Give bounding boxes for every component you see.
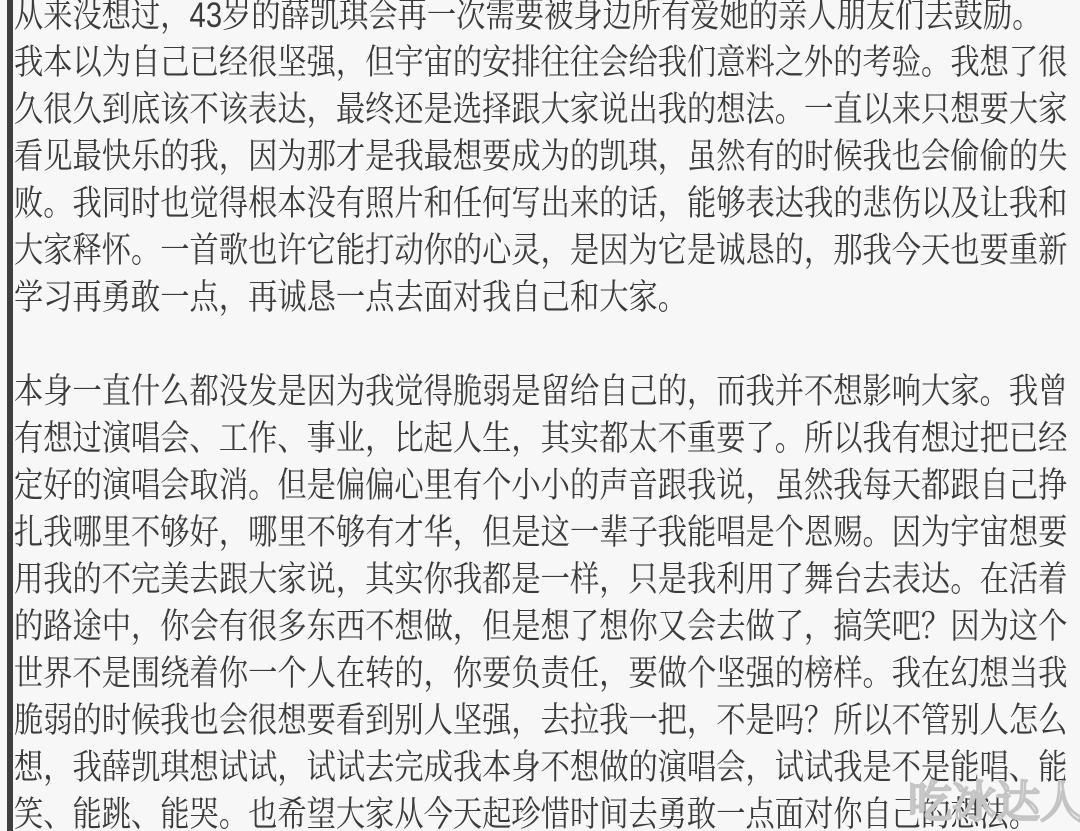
text-line: 有想过演唱会、工作、事业，比起人生，其实都太不重要了。所以我有想过把已经 (14, 415, 1080, 462)
text-line: 我本以为自己已经很坚强，但宇宙的安排往往会给我们意料之外的考验。我想了很 (14, 39, 1080, 86)
text-line: 学习再勇敢一点，再诚恳一点去面对我自己和大家。 (14, 274, 1080, 321)
text-line: 用我的不完美去跟大家说，其实你我都是一样，只是我利用了舞台去表达。在活着 (14, 556, 1080, 603)
text-line: 从来没想过，43岁的薛凯琪会再一次需要被身边所有爱她的亲人朋友们去鼓励。 (14, 0, 1080, 39)
text-line: 世界不是围绕着你一个人在转的，你要负责任，要做个坚强的榜样。我在幻想当我 (14, 650, 1080, 697)
article-text: 从来没想过，43岁的薛凯琪会再一次需要被身边所有爱她的亲人朋友们去鼓励。 我本以… (14, 0, 1080, 831)
text-line: 看见最快乐的我，因为那才是我最想要成为的凯琪，虽然有的时候我也会偷偷的失 (14, 133, 1080, 180)
paragraph-1: 从来没想过，43岁的薛凯琪会再一次需要被身边所有爱她的亲人朋友们去鼓励。 我本以… (14, 0, 1080, 321)
left-border-bar (7, 0, 13, 831)
text-line: 败。我同时也觉得根本没有照片和任何写出来的话，能够表达我的悲伤以及让我和 (14, 180, 1080, 227)
paragraph-2: 本身一直什么都没发是因为我觉得脆弱是留给自己的，而我并不想影响大家。我曾 有想过… (14, 368, 1080, 831)
text-line: 定好的演唱会取消。但是偏偏心里有个小小的声音跟我说，虽然我每天都跟自己挣 (14, 462, 1080, 509)
text-line: 大家释怀。一首歌也许它能打动你的心灵，是因为它是诚恳的，那我今天也要重新 (14, 227, 1080, 274)
text-line: 扎我哪里不够好，哪里不够有才华，但是这一辈子我能唱是个恩赐。因为宇宙想要 (14, 509, 1080, 556)
text-line: 本身一直什么都没发是因为我觉得脆弱是留给自己的，而我并不想影响大家。我曾 (14, 368, 1080, 415)
watermark-label: 吃冰达人 (908, 766, 1080, 830)
text-line: 脆弱的时候我也会很想要看到别人坚强，去拉我一把，不是吗？所以不管别人怎么 (14, 697, 1080, 744)
text-line: 久很久到底该不该表达，最终还是选择跟大家说出我的想法。一直以来只想要大家 (14, 86, 1080, 133)
text-line: 的路途中，你会有很多东西不想做，但是想了想你又会去做了，搞笑吧？因为这个 (14, 603, 1080, 650)
